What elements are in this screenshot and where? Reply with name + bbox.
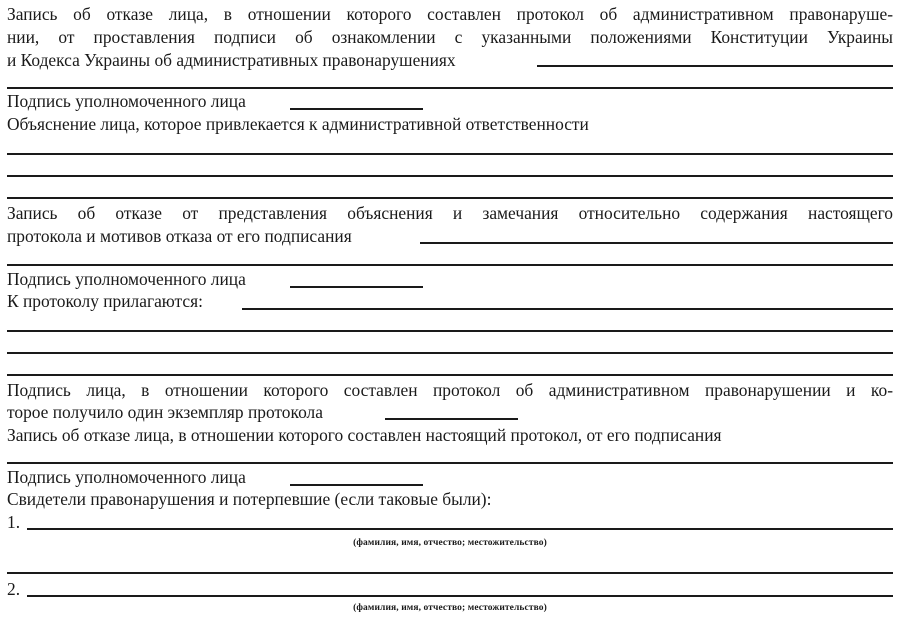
attachments-field-line2[interactable] (7, 330, 893, 332)
authorized-signature-field-3[interactable] (290, 484, 423, 486)
explanation-field-line3[interactable] (7, 197, 893, 199)
explanation-field-line2[interactable] (7, 175, 893, 177)
authorized-signature-label-3: Подпись уполномоченного лица (7, 467, 246, 487)
witness-number-2: 2. (7, 579, 20, 599)
offender-signature-line2: торое получило один экземпляр протокола (7, 402, 323, 422)
authorized-signature-label-1: Подпись уполномоченного лица (7, 91, 246, 111)
authorized-signature-label-2: Подпись уполномоченного лица (7, 269, 246, 289)
witness-field-1[interactable] (27, 528, 893, 530)
attachments-label: К протоколу прилагаются: (7, 291, 203, 311)
refusal-explanation-field-continued[interactable] (7, 264, 893, 266)
witness-field-2[interactable] (27, 595, 893, 597)
attachments-field-line4[interactable] (7, 374, 893, 376)
offender-signature-field[interactable] (385, 418, 518, 420)
witness-number-1: 1. (7, 512, 20, 532)
offender-signature-line1: Подпись лица, в отношении которого соста… (7, 380, 893, 400)
refusal-familiarization-line2: нии, от проставления подписи об ознакомл… (7, 27, 893, 47)
witness-caption-2: (фамилия, имя, отчество; местожительство… (0, 603, 900, 613)
explanation-field-line1[interactable] (7, 153, 893, 155)
refusal-familiarization-line1: Запись об отказе лица, в отношении котор… (7, 4, 893, 24)
witness-field-1-continued[interactable] (7, 572, 893, 574)
refusal-explanation-field[interactable] (420, 242, 893, 244)
witnesses-label: Свидетели правонарушения и потерпевшие (… (7, 489, 491, 509)
witness-caption-1: (фамилия, имя, отчество; местожительство… (0, 538, 900, 548)
refusal-familiarization-line3: и Кодекса Украины об административных пр… (7, 50, 456, 70)
explanation-label: Объяснение лица, которое привлекается к … (7, 114, 589, 134)
attachments-field[interactable] (242, 308, 893, 310)
attachments-field-line3[interactable] (7, 352, 893, 354)
authorized-signature-field-2[interactable] (290, 286, 423, 288)
refusal-familiarization-field-continued[interactable] (7, 87, 893, 89)
refusal-explanation-line1: Запись об отказе от представления объясн… (7, 203, 893, 223)
authorized-signature-field-1[interactable] (290, 108, 423, 110)
refusal-explanation-line2: протокола и мотивов отказа от его подпис… (7, 226, 352, 246)
refusal-familiarization-field[interactable] (537, 65, 893, 67)
refusal-signing-label: Запись об отказе лица, в отношении котор… (7, 425, 722, 445)
refusal-signing-field[interactable] (7, 462, 893, 464)
